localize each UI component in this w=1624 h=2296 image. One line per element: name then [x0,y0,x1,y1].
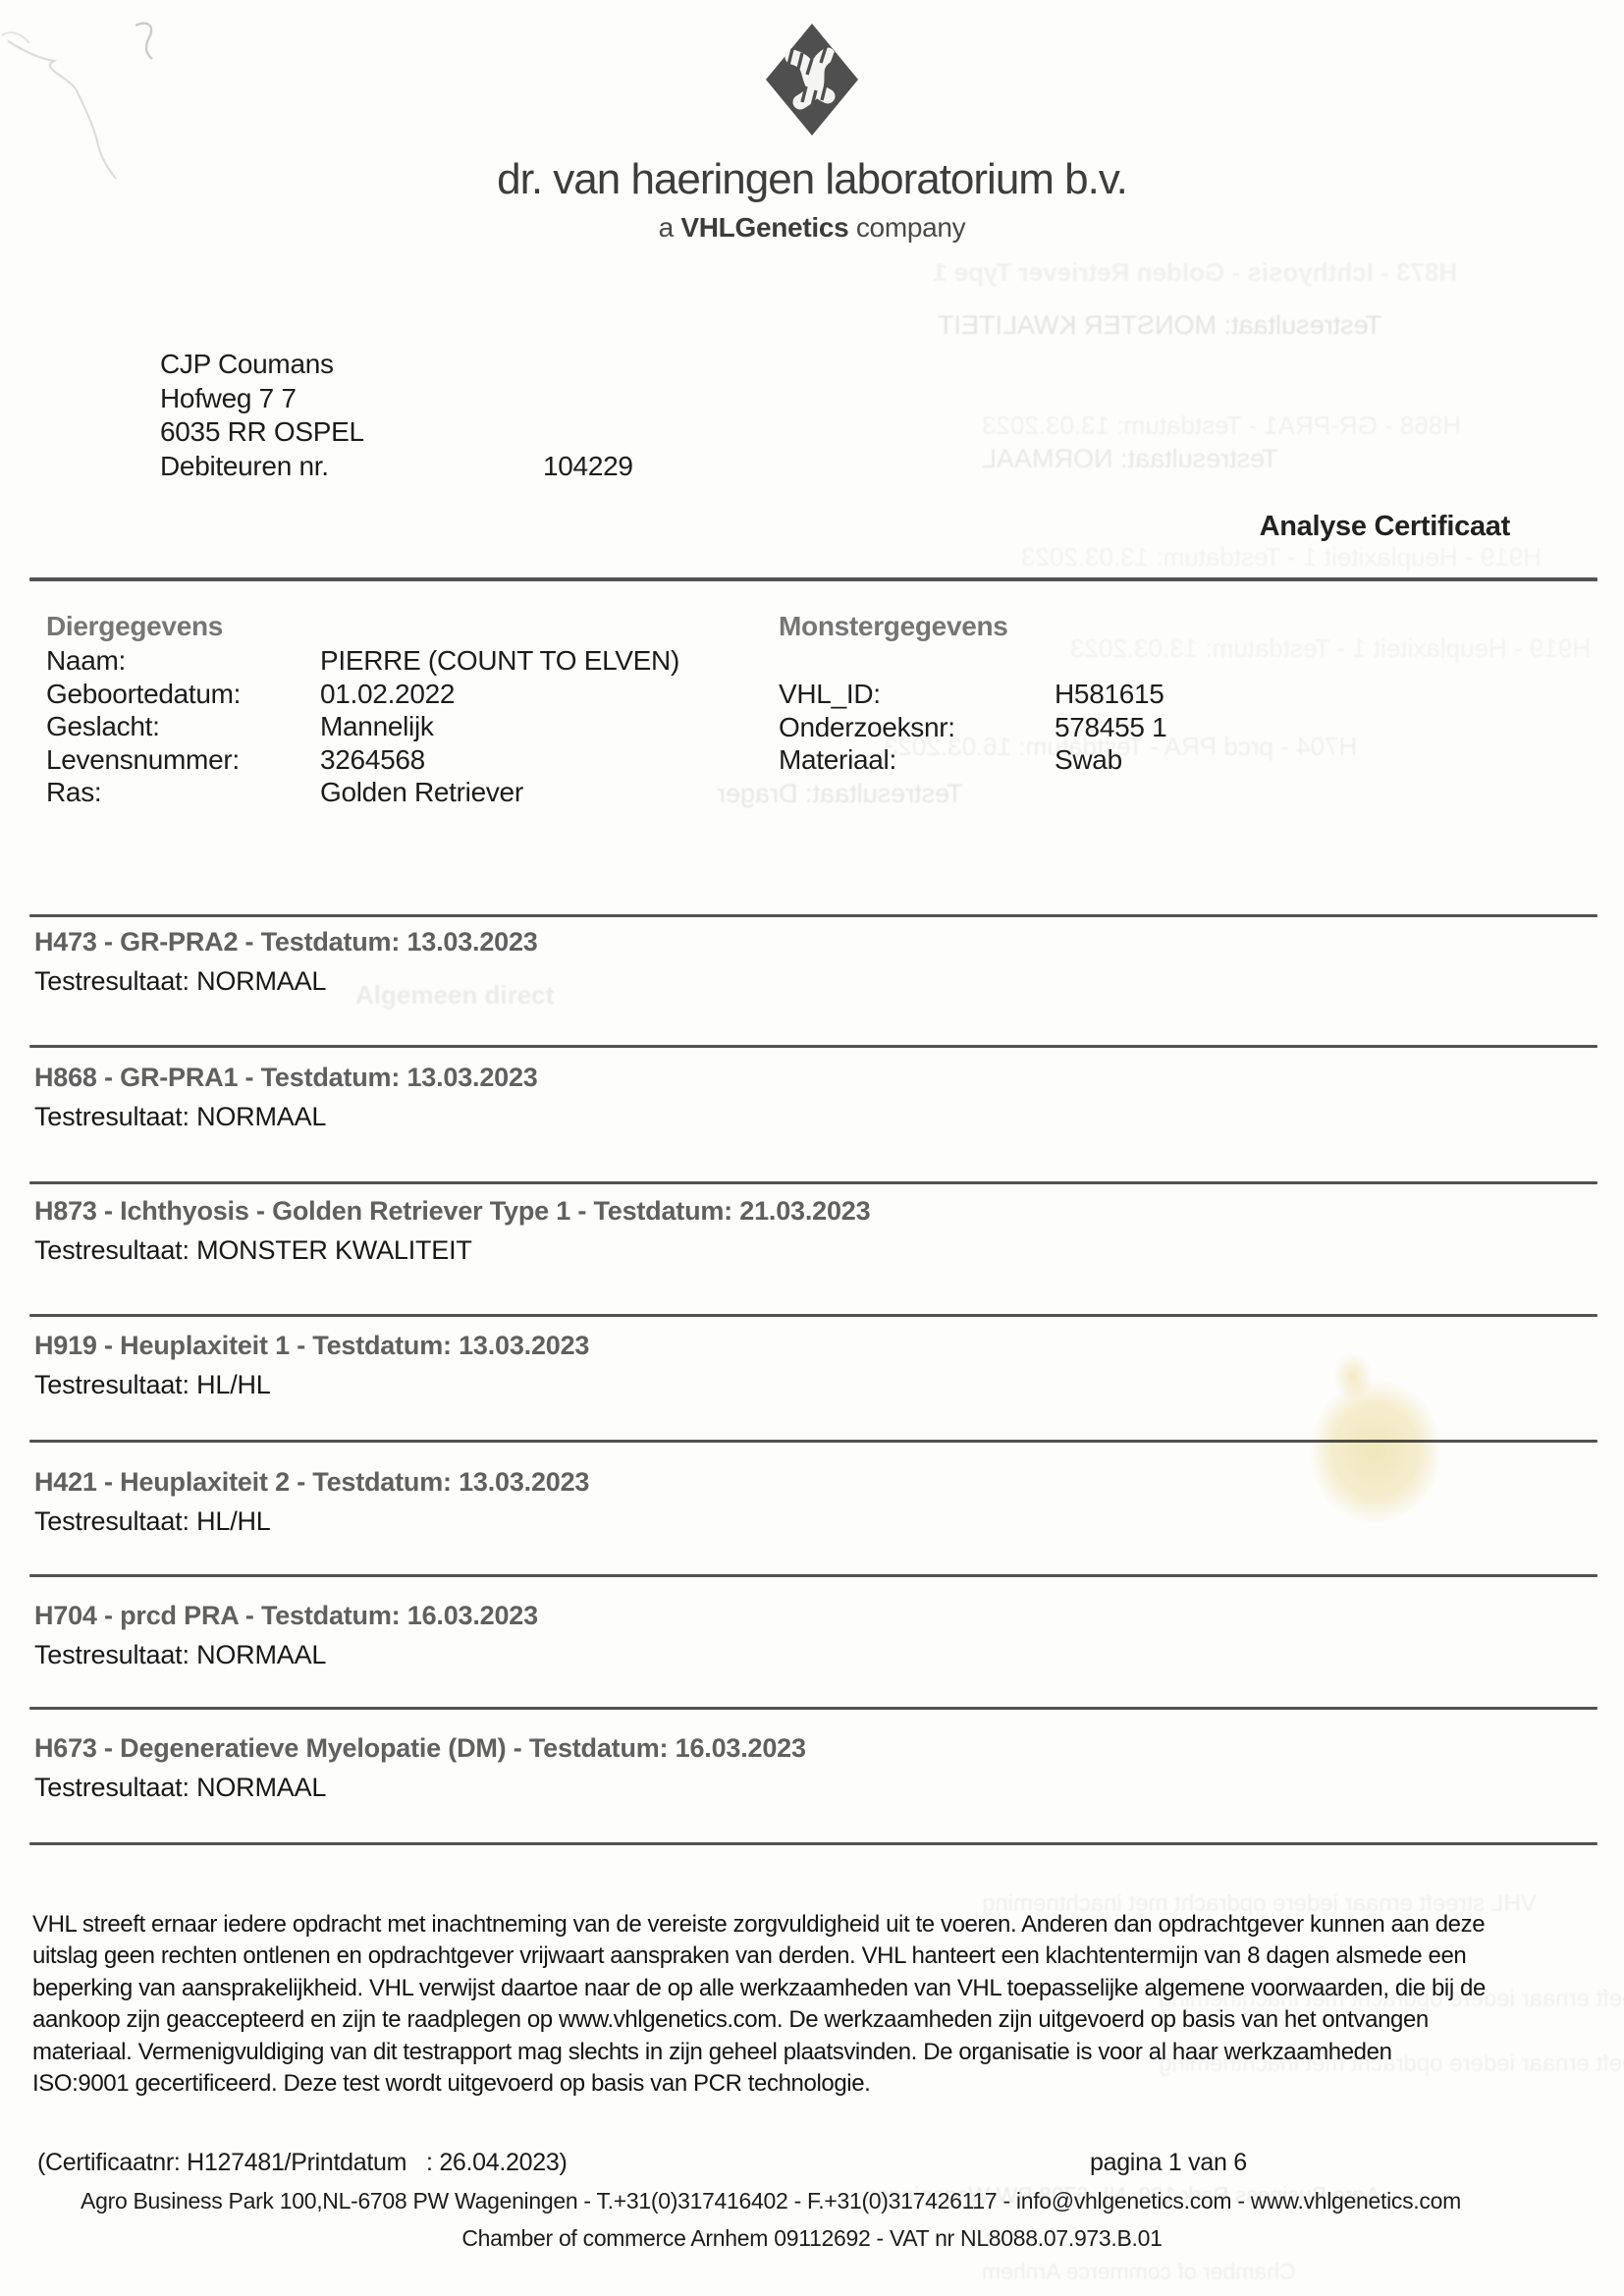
disclaimer-line: aankoop zijn geaccepteerd en zijn te raa… [32,2004,1486,2036]
test-title: H704 - prcd PRA - Testdatum: 16.03.2023 [34,1601,1566,1631]
bleed-through-text: Testresultaat: MONSTER KWALITEIT [938,310,1381,341]
sample-row-material: Materiaal: Swab [779,743,1466,777]
certificate-number-line: (Certificaatnr: H127481/Printdatum : 26.… [37,2149,567,2177]
test-block: H868 - GR-PRA1 - Testdatum: 13.03.2023 T… [34,1063,1566,1132]
subtitle-suffix: company [848,212,965,243]
test-block: H704 - prcd PRA - Testdatum: 16.03.2023 … [34,1601,1566,1670]
recipient-city: 6035 RR OSPEL [160,415,364,450]
bleed-through-text: H873 - Ichthyosis - Golden Retriever Typ… [933,257,1457,288]
test-result: Testresultaat: NORMAAL [34,1773,1566,1803]
animal-data-rows: Naam: PIERRE (COUNT TO ELVEN) Geboorteda… [46,644,773,809]
bleed-through-text: H919 - Heuplaxiteit 1 - Testdatum: 13.03… [1021,542,1542,573]
footer-registration-line: Chamber of commerce Arnhem 09112692 - VA… [0,2225,1624,2252]
lab-title: dr. van haeringen laboratorium b.v. [0,155,1624,204]
divider [29,1045,1597,1048]
test-result: Testresultaat: NORMAAL [34,966,1566,997]
animal-row-sex: Geslacht: Mannelijk [46,710,773,743]
certificate-title: Analyse Certificaat [1260,511,1510,543]
test-result: Testresultaat: MONSTER KWALITEIT [34,1235,1566,1266]
divider [29,1707,1597,1710]
disclaimer-line: ISO:9001 gecertificeerd. Deze test wordt… [32,2068,1486,2100]
sample-row-vhlid: VHL_ID: H581615 [779,678,1466,711]
test-block: H873 - Ichthyosis - Golden Retriever Typ… [34,1196,1566,1266]
recipient-name: CJP Coumans [160,348,364,382]
test-block: H473 - GR-PRA2 - Testdatum: 13.03.2023 T… [34,927,1566,997]
test-title: H868 - GR-PRA1 - Testdatum: 13.03.2023 [34,1063,1566,1093]
debtor-number: 104229 [543,450,633,484]
test-title: H919 - Heuplaxiteit 1 - Testdatum: 13.03… [34,1331,1566,1361]
test-title: H473 - GR-PRA2 - Testdatum: 13.03.2023 [34,927,1566,957]
recipient-street: Hofweg 7 7 [160,382,364,416]
disclaimer-line: beperking van aansprakelijkheid. VHL ver… [32,1973,1486,2004]
disclaimer-line: VHL streeft ernaar iedere opdracht met i… [32,1909,1486,1941]
sample-data-rows: VHL_ID: H581615 Onderzoeksnr: 578455 1 M… [779,678,1466,777]
animal-section-heading: Diergegevens [46,611,223,642]
divider [29,1314,1597,1317]
divider [29,1181,1597,1184]
certificate-page: dr. van haeringen laboratorium b.v. a VH… [0,0,1624,2296]
bleed-through-text: Testresultaat: NORMAAL [982,444,1278,474]
company-subtitle: a VHLGenetics company [0,212,1624,244]
divider [29,914,1597,917]
divider [29,1842,1597,1845]
test-block: H673 - Degeneratieve Myelopatie (DM) - T… [34,1733,1566,1803]
bleed-through-text: H868 - GR-PRA1 - Testdatum: 13.03.2023 [982,410,1461,441]
animal-row-breed: Ras: Golden Retriever [46,776,773,809]
divider [29,577,1597,581]
animal-row-birthdate: Geboortedatum: 01.02.2022 [46,678,773,711]
bleed-through-text: Chamber of commerce Arnhem [982,2259,1296,2285]
test-result: Testresultaat: NORMAAL [34,1102,1566,1132]
sample-section-heading: Monstergegevens [779,611,1008,642]
debtor-row: Debiteuren nr. 104229 [160,450,364,484]
test-result: Testresultaat: NORMAAL [34,1640,1566,1670]
sample-row-researchnr: Onderzoeksnr: 578455 1 [779,711,1466,744]
dna-diamond-logo-icon [763,22,861,137]
animal-row-name: Naam: PIERRE (COUNT TO ELVEN) [46,644,773,678]
bleed-through-text: H919 - Heuplaxiteit 1 - Testdatum: 13.03… [1070,633,1591,664]
page-indicator: pagina 1 van 6 [1090,2149,1247,2177]
test-title: H673 - Degeneratieve Myelopatie (DM) - T… [34,1733,1566,1764]
brand-name: VHLGenetics [680,212,848,243]
subtitle-prefix: a [659,212,681,243]
disclaimer-paragraph: VHL streeft ernaar iedere opdracht met i… [32,1909,1486,2100]
divider [29,1574,1597,1577]
recipient-block: CJP Coumans Hofweg 7 7 6035 RR OSPEL Deb… [160,348,364,483]
disclaimer-line: materiaal. Vermenigvuldiging van dit tes… [32,2037,1486,2068]
animal-row-lifenumber: Levensnummer: 3264568 [46,743,773,777]
footer-address-line: Agro Business Park 100,NL-6708 PW Wageni… [0,2188,1542,2214]
disclaimer-line: uitslag geen rechten ontlenen en opdrach… [32,1941,1486,1972]
test-title: H873 - Ichthyosis - Golden Retriever Typ… [34,1196,1566,1227]
debtor-label: Debiteuren nr. [160,451,329,481]
stain-artifact-small [1333,1353,1373,1400]
